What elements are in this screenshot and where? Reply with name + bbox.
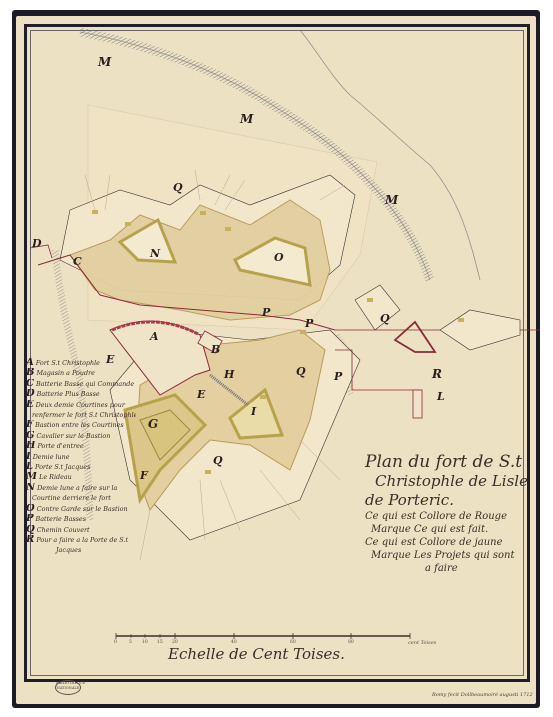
scale-unit-label: cent Toises: [408, 640, 436, 646]
map-legend: AFort S.t Christophle BMagasin a Poudre …: [26, 358, 136, 556]
note-line-3: Ce qui est Collore de jaune: [365, 536, 535, 549]
label-h: H: [224, 369, 234, 380]
legend-row-q: QChemin Couvert: [26, 525, 136, 535]
label-r: R: [432, 368, 442, 380]
scale-tick-80: 80: [348, 640, 354, 645]
legend-row-o: OContre Garde sur le Bastion: [26, 504, 136, 514]
label-o: O: [274, 252, 284, 263]
note-line-5: a faire: [365, 562, 535, 575]
legend-row-n-cont: Courtine derriere le fort: [26, 493, 136, 503]
legend-row-e: EDeux demie Courtines pour: [26, 400, 136, 410]
note-line-1: Ce qui est Collore de Rouge: [365, 510, 535, 523]
author-signature: Romy fecit Dollbeaumoiré augusti 1712: [432, 692, 533, 698]
label-e-south: E: [197, 389, 205, 400]
legend-row-b: BMagasin a Poudre: [26, 368, 136, 378]
label-m-north: M: [240, 113, 253, 125]
label-d: D: [32, 238, 42, 249]
legend-row-g: GCavalier sur le Bastion: [26, 431, 136, 441]
gate-l: [413, 390, 422, 418]
legend-row-f: FBastion entre les Courtines: [26, 420, 136, 430]
legend-row-r: RPour a faire a la Porte de S.t: [26, 535, 136, 545]
label-a: A: [150, 331, 159, 342]
legend-row-n: NDemie lune a faire sur la: [26, 483, 136, 493]
label-g: G: [148, 418, 158, 430]
label-q-east: Q: [380, 313, 390, 324]
legend-row-a: AFort S.t Christophle: [26, 358, 136, 368]
covered-way-east: [355, 285, 400, 330]
title-line-1: Plan du fort de S.t: [365, 452, 535, 472]
label-q-center: Q: [296, 366, 306, 377]
scale-bar: [116, 633, 410, 639]
scale-tick-10: 10: [142, 640, 148, 645]
legend-row-e-cont: renfermer le fort S.t Christophle: [26, 410, 136, 420]
label-b: B: [211, 344, 220, 355]
scale-tick-0: 0: [114, 640, 117, 645]
legend-row-m: MLe Rideau: [26, 472, 136, 482]
title-line-2: Christophle de Lisle: [365, 472, 535, 491]
ravelin-r: [395, 322, 435, 352]
label-p-3: P: [334, 371, 342, 382]
scale-tick-5: 5: [129, 640, 132, 645]
legend-row-h: HPorte d'entree: [26, 441, 136, 451]
label-l: L: [437, 391, 445, 402]
label-m-east: M: [385, 194, 398, 206]
label-p-1: P: [262, 307, 270, 318]
label-c: C: [73, 256, 82, 267]
title-line-3: de Porteric.: [365, 491, 535, 510]
note-line-4: Marque Les Projets qui sont: [365, 549, 535, 562]
legend-row-c: CBatterie Basse qui Commande la mer: [26, 379, 136, 389]
scale-tick-15: 15: [157, 640, 163, 645]
label-f: F: [140, 470, 148, 481]
label-q-south: Q: [213, 455, 223, 466]
legend-row-d: DBatterie Plus Basse: [26, 389, 136, 399]
scale-title: Echelle de Cent Toises.: [168, 645, 345, 663]
label-i: I: [251, 406, 256, 417]
note-line-2: Marque Ce qui est fait.: [365, 523, 535, 536]
legend-row-l: LPorte S.t Jacques: [26, 462, 136, 472]
legend-row-i: IDemie lune: [26, 452, 136, 462]
legend-row-p: PBatterie Basses: [26, 514, 136, 524]
label-n: N: [150, 248, 160, 259]
label-p-2: P: [305, 318, 313, 329]
library-stamp: BIBLIOTHEQUE NATIONALE: [55, 680, 81, 695]
label-q-north: Q: [173, 182, 183, 193]
label-m-northwest: M: [98, 56, 111, 68]
map-title-block: Plan du fort de S.t Christophle de Lisle…: [365, 452, 535, 575]
legend-row-r-cont: Jacques: [26, 545, 136, 555]
